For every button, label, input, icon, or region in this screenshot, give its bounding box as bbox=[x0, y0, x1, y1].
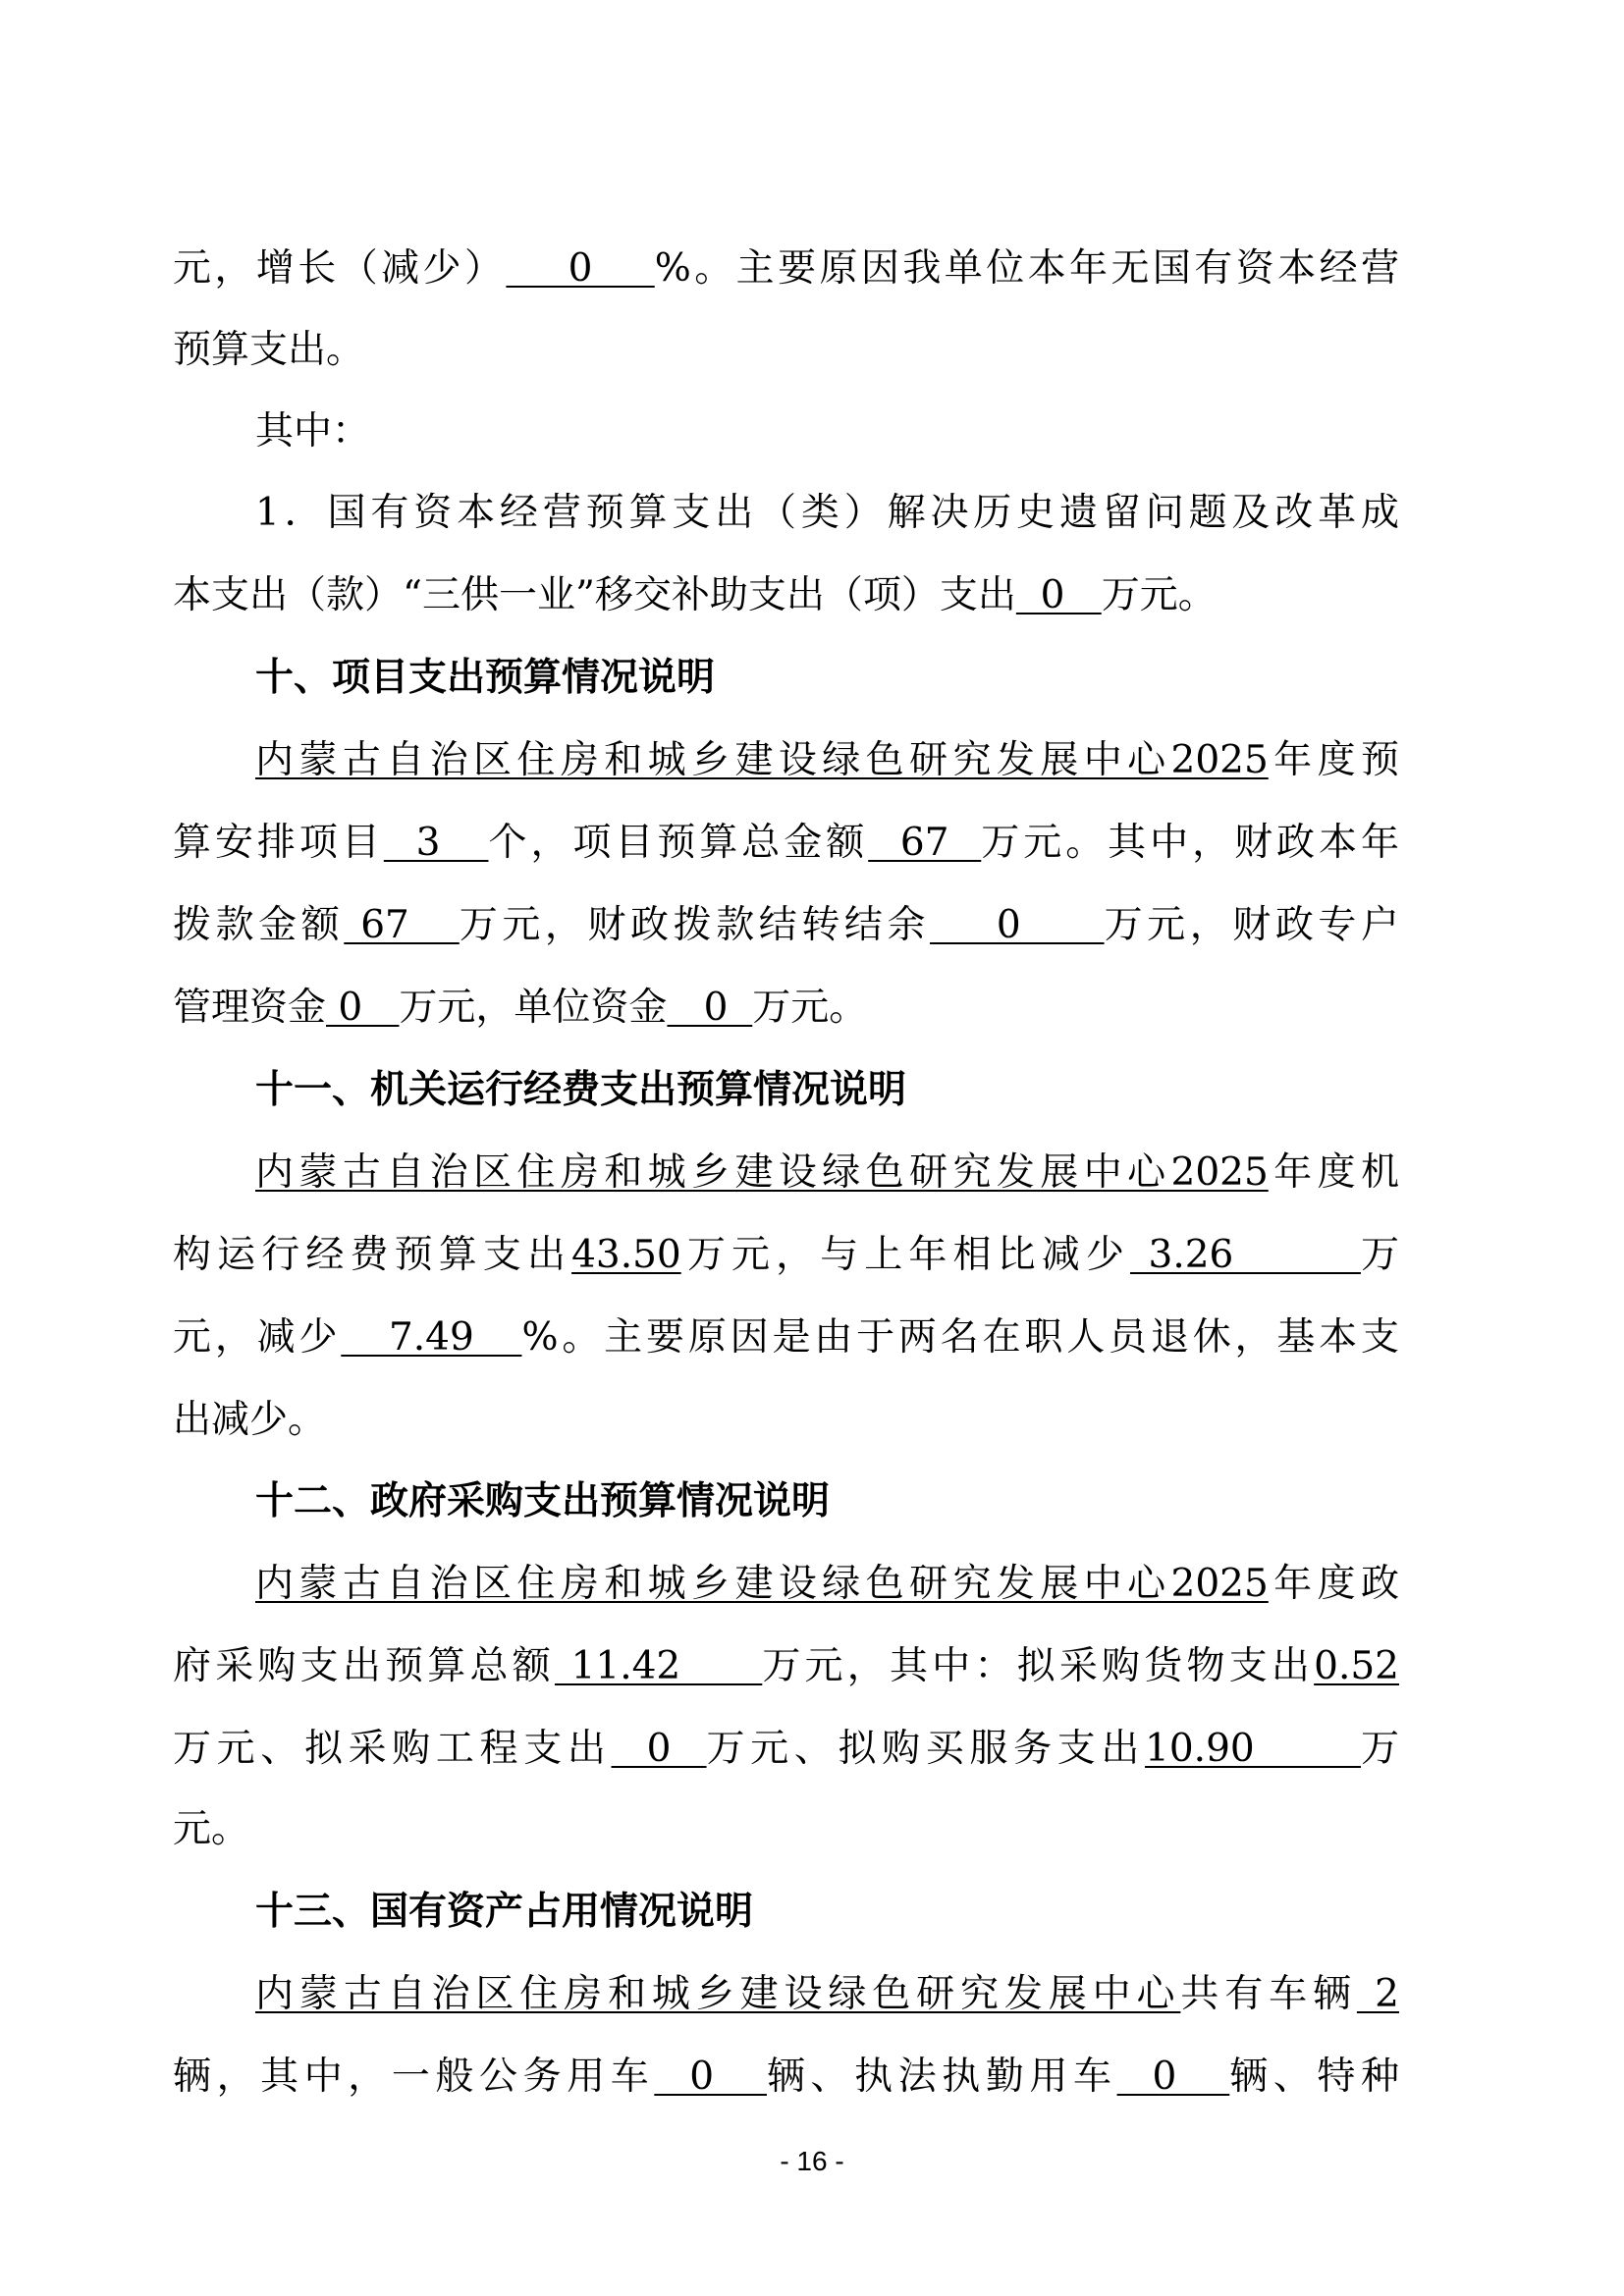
text-run: 万元、拟购买服务支出 bbox=[707, 1727, 1146, 1771]
paragraph-line: 内蒙古自治区住房和城乡建设绿色研究发展中心2025年度机 bbox=[255, 1148, 1399, 1198]
paragraph-line: 元。 bbox=[173, 1805, 1399, 1854]
text-run: 十、项目支出预算情况说明 bbox=[255, 656, 715, 700]
text-run: 出减少。 bbox=[173, 1398, 326, 1442]
underlined-value: 0.52 bbox=[1314, 1644, 1399, 1688]
paragraph-line: 辆，其中，一般公务用车 0 辆、执法执勤用车 0 辆、特种 bbox=[173, 2053, 1399, 2102]
text-run: 万元。 bbox=[1102, 573, 1217, 617]
text-run: 共有车辆 bbox=[1180, 1972, 1357, 2016]
paragraph-line: 内蒙古自治区住房和城乡建设绿色研究发展中心共有车辆 2 bbox=[255, 1970, 1399, 2019]
underlined-value: 11.42 bbox=[555, 1644, 762, 1688]
underlined-value: 0 bbox=[654, 2055, 767, 2099]
underlined-value: 0 bbox=[930, 903, 1105, 947]
paragraph-line: 管理资金 0 万元，单位资金 0 万元。 bbox=[173, 984, 1399, 1033]
text-run: 府采购支出预算总额 bbox=[173, 1644, 555, 1688]
text-run: 十一、机关运行经费支出预算情况说明 bbox=[255, 1068, 906, 1112]
underlined-value: 3 bbox=[384, 821, 489, 865]
text-run: 万元。其中，财政本年 bbox=[981, 821, 1399, 865]
underlined-value: 67 bbox=[868, 821, 981, 865]
underlined-value: 0 bbox=[326, 986, 399, 1030]
document-page: 元，增长（减少） 0 %。主要原因我单位本年无国有资本经营预算支出。其中：1．国… bbox=[0, 0, 1624, 2296]
text-run: 万 bbox=[1361, 1233, 1399, 1277]
paragraph-line: 1．国有资本经营预算支出（类）解决历史遗留问题及改革成 bbox=[255, 489, 1399, 538]
underlined-value: 0 bbox=[667, 986, 752, 1030]
underlined-value: 内蒙古自治区住房和城乡建设绿色研究发展中心 bbox=[255, 1972, 1180, 2016]
text-run: 辆，其中，一般公务用车 bbox=[173, 2055, 654, 2099]
text-run: 元，减少 bbox=[173, 1315, 341, 1360]
text-run: 预算支出。 bbox=[173, 328, 364, 372]
paragraph-line: 内蒙古自治区住房和城乡建设绿色研究发展中心2025年度预 bbox=[255, 736, 1399, 785]
underlined-value: 0 bbox=[1117, 2055, 1230, 2099]
text-run: 十二、政府采购支出预算情况说明 bbox=[255, 1479, 830, 1523]
text-run: 构运行经费预算支出 bbox=[173, 1233, 571, 1277]
text-run: 万元。 bbox=[752, 986, 867, 1030]
paragraph-line: 其中： bbox=[255, 407, 1399, 456]
section-heading: 十、项目支出预算情况说明 bbox=[255, 654, 1399, 703]
text-run: 万元，与上年相比减少 bbox=[681, 1233, 1130, 1277]
text-run: %。主要原因我单位本年无国有资本经营 bbox=[655, 246, 1399, 291]
underlined-value: 3.26 bbox=[1130, 1233, 1361, 1277]
text-run: 管理资金 bbox=[173, 986, 326, 1030]
text-run: 其中： bbox=[255, 409, 370, 454]
text-run: 元。 bbox=[173, 1807, 249, 1851]
paragraph-line: 元，增长（减少） 0 %。主要原因我单位本年无国有资本经营 bbox=[173, 244, 1399, 294]
text-run: 万 bbox=[1361, 1727, 1399, 1771]
text-run: 万元、拟采购工程支出 bbox=[173, 1727, 612, 1771]
paragraph-line: 拨款金额 67 万元，财政拨款结转结余 0 万元，财政专户 bbox=[173, 901, 1399, 950]
text-run: 年度预 bbox=[1269, 738, 1399, 782]
paragraph-line: 预算支出。 bbox=[173, 326, 1399, 375]
text-run: 十三、国有资产占用情况说明 bbox=[255, 1890, 753, 1934]
text-run: 年度政 bbox=[1269, 1562, 1399, 1606]
paragraph-line: 算安排项目 3 个，项目预算总金额 67 万元。其中，财政本年 bbox=[173, 819, 1399, 868]
underlined-value: 内蒙古自治区住房和城乡建设绿色研究发展中心2025 bbox=[255, 1150, 1269, 1195]
underlined-value: 0 bbox=[506, 246, 654, 291]
paragraph-line: 出减少。 bbox=[173, 1396, 1399, 1445]
paragraph-line: 府采购支出预算总额 11.42 万元，其中：拟采购货物支出0.52 bbox=[173, 1642, 1399, 1691]
page-number: - 16 - bbox=[0, 2146, 1624, 2177]
text-run: 算安排项目 bbox=[173, 821, 384, 865]
underlined-value: 10.90 bbox=[1145, 1727, 1361, 1771]
text-run: 本支出（款）“三供一业”移交补助支出（项）支出 bbox=[173, 573, 1016, 617]
text-run: 万元，财政拨款结转结余 bbox=[460, 903, 930, 947]
section-heading: 十一、机关运行经费支出预算情况说明 bbox=[255, 1066, 1399, 1115]
text-run: 拨款金额 bbox=[173, 903, 344, 947]
underlined-value: 67 bbox=[344, 903, 460, 947]
text-run: 万元，其中：拟采购货物支出 bbox=[762, 1644, 1314, 1688]
paragraph-line: 内蒙古自治区住房和城乡建设绿色研究发展中心2025年度政 bbox=[255, 1560, 1399, 1609]
text-run: 辆、执法执勤用车 bbox=[767, 2055, 1117, 2099]
underlined-value: 内蒙古自治区住房和城乡建设绿色研究发展中心2025 bbox=[255, 738, 1269, 782]
section-heading: 十三、国有资产占用情况说明 bbox=[255, 1888, 1399, 1937]
paragraph-line: 万元、拟采购工程支出 0 万元、拟购买服务支出10.90 万 bbox=[173, 1725, 1399, 1774]
underlined-value: 0 bbox=[612, 1727, 707, 1771]
text-run: 1．国有资本经营预算支出（类）解决历史遗留问题及改革成 bbox=[255, 491, 1399, 535]
underlined-value: 0 bbox=[1016, 573, 1102, 617]
underlined-value: 2 bbox=[1357, 1972, 1399, 2016]
paragraph-line: 本支出（款）“三供一业”移交补助支出（项）支出 0 万元。 bbox=[173, 571, 1399, 620]
text-run: 万元，财政专户 bbox=[1105, 903, 1399, 947]
text-run: %。主要原因是由于两名在职人员退休，基本支 bbox=[521, 1315, 1399, 1360]
underlined-value: 7.49 bbox=[341, 1315, 521, 1360]
text-run: 辆、特种 bbox=[1229, 2055, 1399, 2099]
paragraph-line: 元，减少 7.49 %。主要原因是由于两名在职人员退休，基本支 bbox=[173, 1313, 1399, 1362]
text-run: 年度机 bbox=[1269, 1150, 1399, 1195]
text-run: 个，项目预算总金额 bbox=[488, 821, 868, 865]
underlined-value: 内蒙古自治区住房和城乡建设绿色研究发展中心2025 bbox=[255, 1562, 1269, 1606]
section-heading: 十二、政府采购支出预算情况说明 bbox=[255, 1477, 1399, 1526]
paragraph-line: 构运行经费预算支出43.50万元，与上年相比减少 3.26 万 bbox=[173, 1231, 1399, 1280]
text-run: 元，增长（减少） bbox=[173, 246, 506, 291]
underlined-value: 43.50 bbox=[571, 1233, 681, 1277]
text-run: 万元，单位资金 bbox=[399, 986, 667, 1030]
